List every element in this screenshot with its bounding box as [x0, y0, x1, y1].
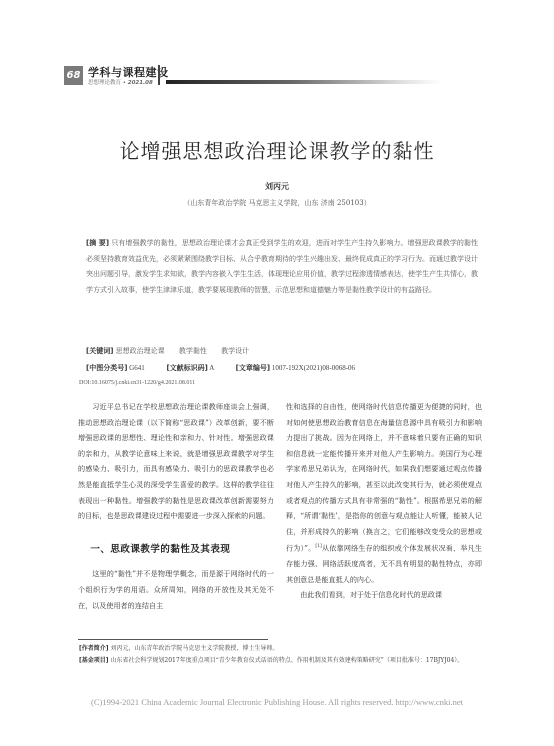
- footnote-rule: [78, 639, 268, 640]
- author-note: [作者简介] 刘丙元，山东青年政治学院马克思主义学院教授、博士生导师。: [79, 643, 479, 655]
- journal-name: 思想理论教育: [88, 80, 121, 86]
- separator: •: [123, 80, 126, 86]
- paragraph-text: 性和选择的自由性，使网络时代信息传播更为便捷的同时，也对如何使思想政治教育信息在…: [286, 402, 482, 553]
- body-paragraph: 性和选择的自由性，使网络时代信息传播更为便捷的同时，也对如何使思想政治教育信息在…: [286, 399, 482, 587]
- body-paragraph: 这里的“黏性”并不是物理学概念，而是源于网络时代的一个组织行为学的用语。众所周知…: [78, 566, 274, 613]
- keywords: [关键词] 思想政治理论课 教学黏性 教学设计: [86, 346, 261, 356]
- clc-label: [中图分类号]: [86, 364, 127, 372]
- fund-note-text: 山东省社会科学规划2017年度重点项目“青少年教育仪式话语的特点、作用机制及其有…: [110, 657, 463, 664]
- author-affiliation: （山东青年政治学院 马克思主义学院，山东 济南 250103）: [0, 198, 554, 208]
- footnotes: [作者简介] 刘丙元，山东青年政治学院马克思主义学院教授、博士生导师。 [基金项…: [79, 643, 479, 667]
- body-paragraph: 由此我们看到，对于处于信息化时代的思政课: [286, 587, 482, 603]
- article-no-label: [文章编号]: [236, 364, 270, 372]
- author-note-text: 刘丙元，山东青年政治学院马克思主义学院教授、博士生导师。: [110, 645, 278, 652]
- journal-issue: 2021.08: [128, 80, 153, 86]
- article-no-value: 1007-192X(2021)08-0068-06: [272, 364, 355, 372]
- copyright-notice: (C)1994-2021 China Academic Journal Elec…: [0, 697, 554, 707]
- abstract-label: [摘 要]: [86, 239, 109, 247]
- article-title: 论增强思想政治理论课教学的黏性: [0, 135, 554, 164]
- fund-note: [基金项目] 山东省社会科学规划2017年度重点项目“青少年教育仪式话语的特点、…: [79, 655, 479, 667]
- abstract-text: 只有增强教学的黏性，思想政治理论课才会真正受到学生的欢迎，进而对学生产生持久影响…: [86, 239, 478, 294]
- keyword: 思想政治理论课: [116, 347, 165, 355]
- doc-code-value: A: [209, 364, 214, 372]
- doi: DOI:10.16075/j.cnki.cn31-1220/g4.2021.08…: [79, 380, 195, 386]
- fund-note-label: [基金项目]: [79, 657, 109, 664]
- journal-line: 思想理论教育 • 2021.08: [88, 78, 153, 86]
- page-number: 68: [64, 66, 83, 85]
- header-divider: [158, 65, 160, 85]
- author-note-label: [作者简介]: [79, 645, 109, 652]
- keyword: 教学黏性: [179, 347, 207, 355]
- header-rule: [166, 80, 441, 84]
- clc-value: G641: [129, 364, 145, 372]
- keywords-label: [关键词]: [86, 347, 113, 355]
- keyword: 教学设计: [221, 347, 249, 355]
- doc-code-label: [文献标识码]: [166, 364, 207, 372]
- author-name: 刘丙元: [0, 181, 554, 192]
- body-paragraph: 习近平总书记在学校思想政治理论课教师座谈会上强调，推动思想政治理论课（以下简称“…: [78, 399, 274, 524]
- classification-line: [中图分类号] G641 [文献标识码] A [文章编号] 1007-192X(…: [86, 363, 375, 373]
- abstract: [摘 要] 只有增强教学的黏性，思想政治理论课才会真正受到学生的欢迎，进而对学生…: [86, 236, 478, 298]
- body-right-column: 性和选择的自由性，使网络时代信息传播更为便捷的同时，也对如何使思想政治教育信息在…: [286, 399, 482, 603]
- section-heading: 一、思政课教学的黏性及其表现: [78, 542, 274, 558]
- body-left-column: 习近平总书记在学校思想政治理论课教师座谈会上强调，推动思想政治理论课（以下简称“…: [78, 399, 274, 613]
